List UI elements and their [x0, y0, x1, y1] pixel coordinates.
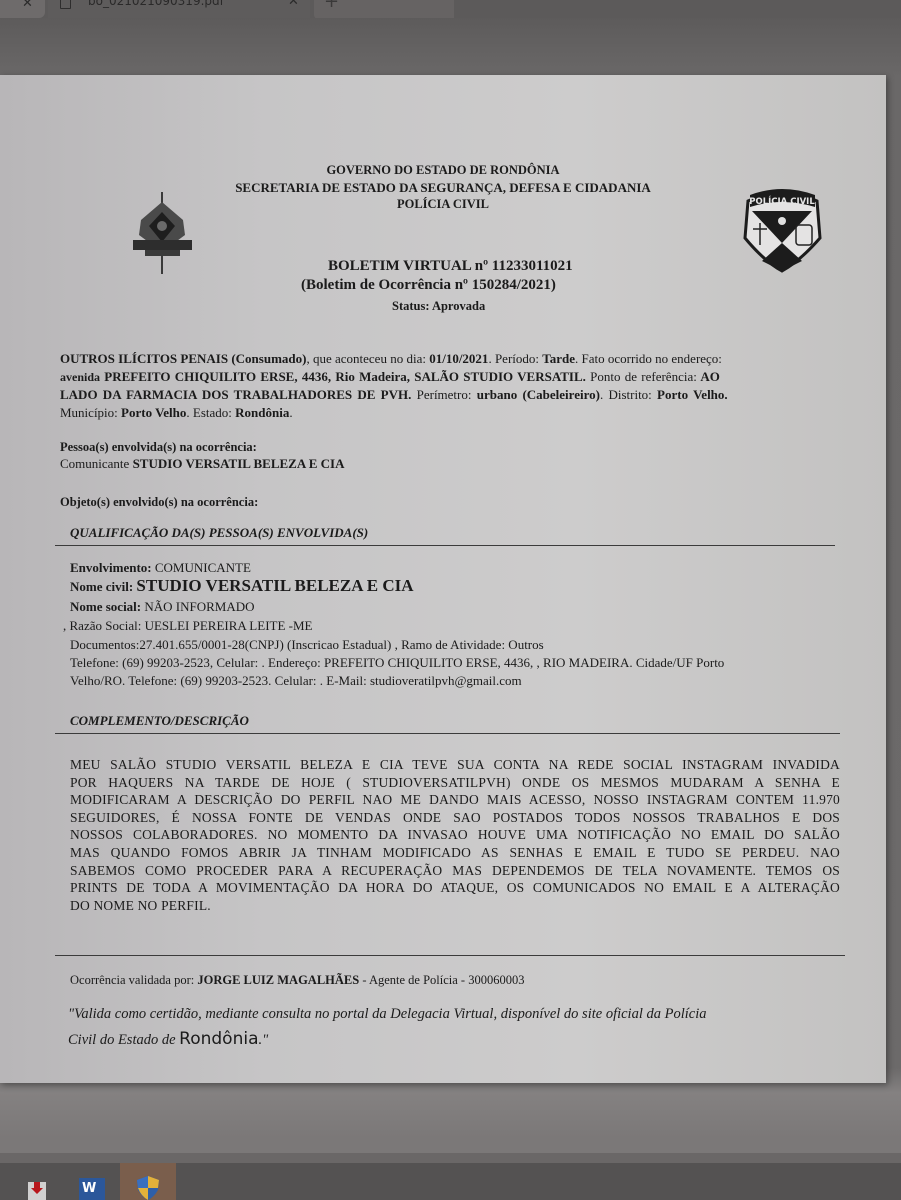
browser-tab-strip: ✕ bo_02102109031​9.pdf ✕ +: [0, 0, 901, 18]
taskbar-item-downloads[interactable]: [12, 1163, 62, 1200]
complemento-line: NOSSOS COLABORADORES. NO MOMENTO DA INVA…: [70, 827, 840, 842]
header-government: GOVERNO DO ESTADO DE RONDÔNIA: [0, 163, 886, 178]
complemento-line: MODIFICARAM A DESCRIÇÃO DO PERFIL NAO ME…: [70, 792, 840, 807]
summary-line-3: LADO DA FARMACIA DOS TRABALHADORES DE PV…: [60, 387, 860, 402]
file-icon: [60, 0, 71, 9]
taskbar-item-security[interactable]: [120, 1163, 176, 1200]
header-policia-civil: POLÍCIA CIVIL: [0, 197, 886, 212]
word-icon: W: [79, 1178, 105, 1200]
plus-icon: +: [324, 0, 339, 10]
validado-por: Ocorrência validada por: JORGE LUIZ MAGA…: [70, 973, 524, 988]
section-divider: [55, 545, 835, 546]
section-divider: [55, 733, 840, 734]
summary-line-1: OUTROS ILÍCITOS PENAIS (Consumado), que …: [60, 351, 860, 366]
nome-social: Nome social: NÃO INFORMADO: [70, 599, 255, 614]
security-shield-icon: [135, 1175, 161, 1200]
pdf-page: POLÍCIA CIVIL GOVERNO DO ESTADO DE RONDÔ…: [0, 75, 886, 1083]
complemento-line: POR HAQUERS NA TARDE DE HOJE ( STUDIOVER…: [70, 775, 840, 790]
header-secretariat: SECRETARIA DE ESTADO DA SEGURANÇA, DEFES…: [0, 180, 886, 195]
new-tab-button[interactable]: +: [314, 0, 454, 19]
pessoas-heading: Pessoa(s) envolvida(s) na ocorrência:: [60, 440, 257, 455]
download-arrow-icon: [26, 1178, 48, 1200]
complemento-line: PRINTS DE TODA A MOVIMENTAÇÃO DA HORA DO…: [70, 880, 840, 895]
section-divider: [55, 955, 845, 956]
complemento-line: MAS QUANDO FOMOS ABRIR JA TINHAM MODIFIC…: [70, 845, 840, 860]
complemento-heading: COMPLEMENTO/DESCRIÇÃO: [70, 713, 249, 728]
nome-civil: Nome civil: STUDIO VERSATIL BELEZA E CIA: [70, 578, 414, 594]
status-badge: Status: Aprovada: [392, 299, 485, 314]
objetos-heading: Objeto(s) envolvido(s) na ocorrência:: [60, 495, 258, 510]
summary-line-4: Município: Porto Velho. Estado: Rondônia…: [60, 405, 293, 420]
contato-line-1: Telefone: (69) 99203-2523, Celular: . En…: [70, 655, 724, 670]
complemento-line: SEGUIDORES, É NOSSA FONTE DE VENDAS ONDE…: [70, 810, 840, 825]
complemento-line: DO NOME NO PERFIL.: [70, 898, 470, 913]
certidao-line-2: Civil do Estado de Rondônia.": [68, 1028, 268, 1051]
complemento-line: SABEMOS COMO PROCEDER PARA A RECUPERAÇÃO…: [70, 863, 840, 878]
pessoas-comunicante: Comunicante STUDIO VERSATIL BELEZA E CIA: [60, 456, 345, 471]
close-icon[interactable]: ✕: [22, 0, 33, 11]
taskbar-item-word[interactable]: W: [66, 1163, 116, 1200]
tab-title: bo_02102109031​9.pdf: [88, 0, 224, 8]
tab-pdf-document[interactable]: bo_02102109031​9.pdf ✕: [48, 0, 310, 20]
pdf-viewer: POLÍCIA CIVIL GOVERNO DO ESTADO DE RONDÔ…: [0, 18, 901, 1153]
envolvimento: Envolvimento: COMUNICANTE: [70, 560, 251, 575]
qualificacao-heading: QUALIFICAÇÃO DA(S) PESSOA(S) ENVOLVIDA(S…: [70, 525, 368, 540]
close-icon[interactable]: ✕: [288, 0, 299, 9]
tab-previous[interactable]: ✕: [0, 0, 45, 18]
certidao-line-1: "Valida como certidão, mediante consulta…: [68, 1006, 707, 1023]
complemento-line: MEU SALÃO STUDIO VERSATIL BELEZA E CIA T…: [70, 757, 840, 772]
ocorrencia-number: (Boletim de Ocorrência nº 150284/2021): [301, 278, 556, 293]
summary-line-2: avenida PREFEITO CHIQUILITO ERSE, 4436, …: [60, 369, 860, 385]
taskbar: W: [0, 1163, 901, 1200]
razao-social: , Razão Social: UESLEI PEREIRA LEITE -ME: [63, 618, 312, 633]
documentos: Documentos:27.401.655/0001-28(CNPJ) (Ins…: [70, 637, 544, 652]
boletim-number: BOLETIM VIRTUAL nº 11233011021: [328, 259, 573, 274]
contato-line-2: Velho/RO. Telefone: (69) 99203-2523. Cel…: [70, 673, 522, 688]
